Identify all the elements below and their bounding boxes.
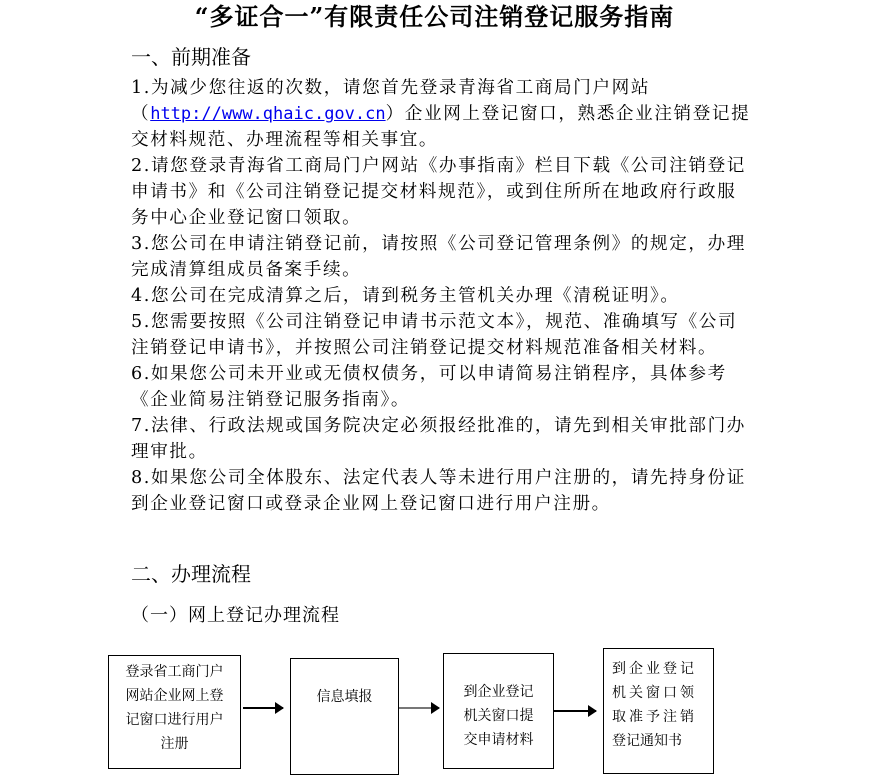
document-title: “多证合一”有限责任公司注销登记服务指南 [0,2,869,32]
list-item: 4.您公司在完成清算之后，请到税务主管机关办理《清税证明》。 [131,283,751,309]
preparation-list: 1.为减少您往返的次数，请您首先登录青海省工商局门户网站（http://www.… [131,75,751,517]
flow-arrow-icon [554,710,596,712]
flow-step-collect-notice: 到企业登记 机关窗口领 取准予注销 登记通知书 [603,648,714,774]
flow-text-line: 网站企业网上登 [126,684,224,708]
flow-step-fill-info: 信息填报 [290,658,399,775]
flow-text-line: 信息填报 [317,685,373,709]
list-item: 8.如果您公司全体股东、法定代表人等未进行用户注册的，请先持身份证到企业登记窗口… [131,465,751,517]
flow-text-line: 记窗口进行用户 [126,708,224,732]
list-item: 7.法律、行政法规或国务院决定必须报经批准的，请先到相关审批部门办理审批。 [131,413,751,465]
list-item: 5.您需要按照《公司注销登记申请书示范文本》，规范、准确填写《公司注销登记申请书… [131,309,751,361]
flow-text-line: 机关窗口领 [612,681,697,705]
subsection-heading-online-process: （一）网上登记办理流程 [131,603,340,629]
section-heading-preparation: 一、前期准备 [131,44,251,70]
flow-text-line: 交申请材料 [464,728,534,752]
list-item: 1.为减少您往返的次数，请您首先登录青海省工商局门户网站（http://www.… [131,75,751,153]
flow-text-line: 登录省工商门户 [126,660,224,684]
flow-arrow-icon [399,707,439,709]
flow-text-line: 注册 [126,732,224,756]
list-item: 3.您公司在申请注销登记前，请按照《公司登记管理条例》的规定，办理完成清算组成员… [131,231,751,283]
flow-text-line: 机关窗口提 [464,704,534,728]
flow-arrow-icon [243,707,283,709]
qhaic-website-link[interactable]: http://www.qhaic.gov.cn [150,104,385,124]
list-item: 6.如果您公司未开业或无债权债务，可以申请简易注销程序，具体参考《企业简易注销登… [131,361,751,413]
section-heading-process: 二、办理流程 [131,561,251,587]
flow-text-line: 到企业登记 [612,657,697,681]
list-item: 2.请您登录青海省工商局门户网站《办事指南》栏目下载《公司注销登记申请书》和《公… [131,153,751,231]
flow-text-line: 取准予注销 [612,705,697,729]
flow-step-submit-materials: 到企业登记 机关窗口提 交申请材料 [443,653,554,769]
flow-text-line: 登记通知书 [612,729,697,753]
flow-text-line: 到企业登记 [464,680,534,704]
flow-step-register: 登录省工商门户 网站企业网上登 记窗口进行用户 注册 [108,655,241,769]
